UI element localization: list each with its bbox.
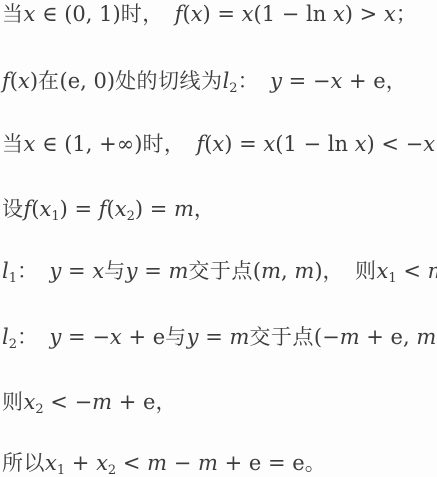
- chinese-text: 当: [2, 3, 24, 26]
- math-italic: f: [2, 69, 10, 93]
- math-roman: <: [116, 451, 147, 475]
- math-italic: x: [355, 132, 367, 156]
- chinese-text: ，: [155, 391, 177, 414]
- math-italic: x: [263, 132, 275, 156]
- subscript: 1: [57, 463, 65, 477]
- subscript: 2: [108, 463, 116, 477]
- math-italic: x: [18, 69, 30, 93]
- chinese-text: 所以: [2, 452, 45, 475]
- math-roman: =: [199, 325, 230, 349]
- math-roman: (−: [314, 325, 340, 349]
- math-roman: + e: [342, 69, 385, 93]
- math-italic: y: [50, 325, 62, 349]
- math-italic: x: [92, 259, 104, 283]
- math-italic: y: [126, 259, 138, 283]
- math-italic: m: [294, 259, 314, 283]
- chinese-text: ：: [17, 260, 39, 283]
- chinese-text: ，: [386, 70, 408, 93]
- math-line-8: 所以x1 + x2 < m − m + e = e。: [2, 450, 326, 477]
- math-italic: x: [423, 132, 435, 156]
- chinese-text: 设: [2, 198, 24, 221]
- math-roman: ) =: [135, 197, 174, 221]
- math-italic: m: [416, 325, 436, 349]
- math-italic: x: [377, 259, 389, 283]
- math-roman: + e = e: [218, 451, 305, 475]
- math-roman: (: [107, 197, 115, 221]
- math-italic: x: [330, 69, 342, 93]
- math-italic: x: [191, 2, 203, 26]
- math-roman: + e,: [360, 325, 417, 349]
- math-italic: x: [242, 2, 254, 26]
- math-roman: ∈ (0, 1): [35, 2, 120, 26]
- subscript: 2: [229, 81, 237, 96]
- math-italic: x: [24, 390, 36, 414]
- math-roman: ): [314, 259, 322, 283]
- math-roman: ,: [281, 259, 294, 283]
- subscript: 2: [35, 402, 43, 417]
- math-italic: l: [2, 259, 9, 283]
- chinese-text: 在: [38, 70, 60, 93]
- math-italic: y: [270, 69, 282, 93]
- math-italic: y: [187, 325, 199, 349]
- math-roman: (: [182, 2, 190, 26]
- math-line-1: 当x ∈ (0, 1)时，f(x) = x(1 − ln x) > x；: [2, 1, 417, 28]
- chinese-text: 时，: [142, 133, 185, 156]
- chinese-text: 。: [305, 452, 327, 475]
- math-line-7: 则x2 < −m + e，: [2, 389, 177, 416]
- math-italic: x: [24, 132, 36, 156]
- math-roman: < −: [44, 390, 93, 414]
- math-italic: x: [110, 325, 122, 349]
- math-italic: m: [340, 325, 360, 349]
- math-italic: x: [384, 2, 396, 26]
- math-italic: m: [174, 197, 194, 221]
- math-roman: ) =: [60, 197, 99, 221]
- math-italic: x: [39, 197, 51, 221]
- math-italic: l: [2, 325, 9, 349]
- chinese-text: ，: [323, 260, 345, 283]
- subscript: 1: [9, 271, 17, 286]
- math-roman: ∈ (1, +∞): [35, 132, 142, 156]
- math-italic: m: [229, 325, 249, 349]
- math-roman: = −: [282, 69, 331, 93]
- math-roman: +: [65, 451, 96, 475]
- chinese-text: ：: [238, 70, 260, 93]
- math-italic: m: [261, 259, 281, 283]
- chinese-text: 则: [2, 391, 24, 414]
- subscript: 1: [51, 209, 59, 224]
- chinese-text: 时，: [121, 3, 164, 26]
- math-italic: x: [45, 451, 57, 475]
- math-italic: x: [115, 197, 127, 221]
- math-italic: x: [333, 2, 345, 26]
- chinese-text: 与: [104, 260, 126, 283]
- math-roman: + e: [112, 390, 155, 414]
- subscript: 1: [388, 271, 396, 286]
- math-italic: x: [96, 451, 108, 475]
- chinese-text: 交于点: [249, 326, 314, 349]
- math-line-4: 设f(x1) = f(x2) = m，: [2, 196, 215, 223]
- math-italic: m: [428, 259, 437, 283]
- math-roman: ): [30, 69, 38, 93]
- math-italic: m: [198, 451, 218, 475]
- chinese-text: 处的切线为: [115, 70, 223, 93]
- math-roman: ) =: [203, 2, 242, 26]
- math-line-5: l1：y = x与y = m交于点(m, m)，则x1 < m，: [2, 258, 437, 285]
- chinese-text: ：: [17, 326, 39, 349]
- math-roman: (1 − ln: [275, 132, 354, 156]
- subscript: 2: [127, 209, 135, 224]
- math-roman: <: [397, 259, 428, 283]
- chinese-text: ，: [194, 198, 216, 221]
- subscript: 2: [9, 337, 17, 352]
- math-roman: (: [253, 259, 261, 283]
- chinese-text: 当: [2, 133, 24, 156]
- math-roman: =: [61, 259, 92, 283]
- chinese-text: 则: [355, 260, 377, 283]
- chinese-text: 与: [165, 326, 187, 349]
- math-italic: y: [50, 259, 62, 283]
- math-roman: (e, 0): [60, 69, 116, 93]
- chinese-text: 交于点: [188, 260, 253, 283]
- math-italic: m: [92, 390, 112, 414]
- math-roman: ) =: [224, 132, 263, 156]
- math-roman: (1 − ln: [254, 2, 333, 26]
- math-line-2: f(x)在(e, 0)处的切线为l2：y = −x + e，: [2, 68, 407, 95]
- math-italic: x: [24, 2, 36, 26]
- math-italic: f: [99, 197, 107, 221]
- math-line-3: 当x ∈ (1, +∞)时，f(x) = x(1 − ln x) < −x + …: [2, 131, 437, 158]
- math-roman: + e: [122, 325, 165, 349]
- math-roman: ) >: [345, 2, 384, 26]
- chinese-text: ；: [396, 3, 418, 26]
- math-italic: m: [169, 259, 189, 283]
- math-italic: x: [212, 132, 224, 156]
- math-line-6: l2：y = −x + e与y = m交于点(−m + e, m)，: [2, 324, 437, 351]
- math-solution-document: 当x ∈ (0, 1)时，f(x) = x(1 − ln x) > x；f(x)…: [0, 0, 437, 477]
- math-roman: (: [10, 69, 18, 93]
- math-italic: m: [147, 451, 167, 475]
- math-roman: −: [167, 451, 198, 475]
- math-roman: =: [138, 259, 169, 283]
- math-roman: = −: [61, 325, 110, 349]
- math-roman: ) < −: [367, 132, 424, 156]
